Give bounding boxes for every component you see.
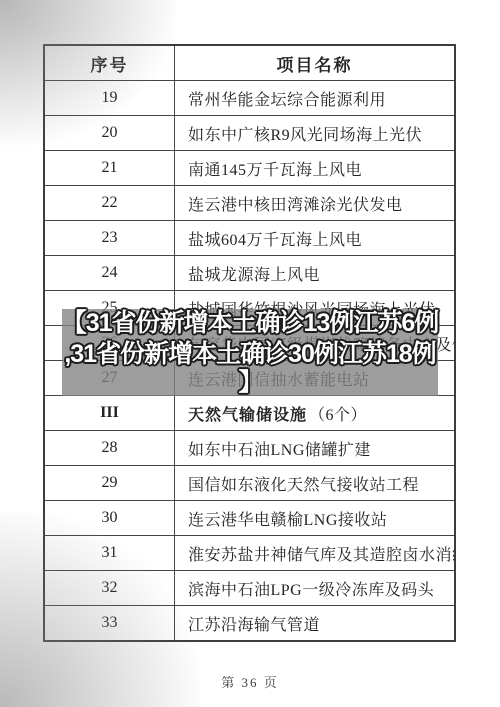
table-row: 28如东中石油LNG储罐扩建 xyxy=(45,430,454,465)
project-name-cell: 常州华能金坛综合能源利用 xyxy=(175,81,454,115)
overlay-line-2: ,31省份新增本土确诊30例江苏18例 xyxy=(0,339,500,370)
row-number-cell: 24 xyxy=(45,256,175,290)
table-row: 22连云港中核田湾滩涂光伏发电 xyxy=(45,185,454,220)
row-number-cell: III xyxy=(45,396,175,430)
project-name-cell: 如东中广核R9风光同场海上光伏 xyxy=(175,116,454,150)
row-number-cell: 21 xyxy=(45,151,175,185)
table-header-row: 序号 项目名称 xyxy=(45,46,454,80)
table-row: 20如东中广核R9风光同场海上光伏 xyxy=(45,115,454,150)
scanned-page: 序号 项目名称 19常州华能金坛综合能源利用20如东中广核R9风光同场海上光伏2… xyxy=(0,0,500,707)
project-name-cell: 盐城604万千瓦海上风电 xyxy=(175,221,454,255)
row-number-cell: 28 xyxy=(45,431,175,465)
overlay-line-3: 】 xyxy=(0,370,500,395)
row-number-cell: 23 xyxy=(45,221,175,255)
row-number-cell: 19 xyxy=(45,81,175,115)
project-name-cell: 天然气输储设施（6个） xyxy=(175,396,454,430)
project-name-cell: 连云港中核田湾滩涂光伏发电 xyxy=(175,186,454,220)
row-number-cell: 29 xyxy=(45,466,175,500)
row-number-cell: 30 xyxy=(45,501,175,535)
project-name-cell: 江苏沿海输气管道 xyxy=(175,606,454,640)
table-row: 21南通145万千瓦海上风电 xyxy=(45,150,454,185)
table-row: 23盐城604万千瓦海上风电 xyxy=(45,220,454,255)
project-name-cell: 淮安苏盐井神储气库及其造腔卤水消纳工程 xyxy=(175,536,454,570)
project-name-cell: 南通145万千瓦海上风电 xyxy=(175,151,454,185)
project-name-cell: 盐城龙源海上风电 xyxy=(175,256,454,290)
row-number-cell: 32 xyxy=(45,571,175,605)
table-row: III天然气输储设施（6个） xyxy=(45,395,454,430)
overlay-line-1: 【31省份新增本土确诊13例江苏6例 xyxy=(0,308,500,339)
table-row: 19常州华能金坛综合能源利用 xyxy=(45,80,454,115)
news-overlay-text: 【31省份新增本土确诊13例江苏6例 ,31省份新增本土确诊30例江苏18例 】 xyxy=(0,308,500,395)
row-number-cell: 33 xyxy=(45,606,175,640)
table-row: 30连云港华电赣榆LNG接收站 xyxy=(45,500,454,535)
table-row: 32滨海中石油LPG一级冷冻库及码头 xyxy=(45,570,454,605)
table-row: 29国信如东液化天然气接收站工程 xyxy=(45,465,454,500)
column-header-no: 序号 xyxy=(45,46,175,80)
page-number: 第 36 页 xyxy=(0,672,500,691)
project-name-cell: 国信如东液化天然气接收站工程 xyxy=(175,466,454,500)
row-number-cell: 20 xyxy=(45,116,175,150)
project-name-cell: 如东中石油LNG储罐扩建 xyxy=(175,431,454,465)
row-number-cell: 22 xyxy=(45,186,175,220)
column-header-name: 项目名称 xyxy=(175,46,454,80)
table-row: 24盐城龙源海上风电 xyxy=(45,255,454,290)
table-row: 31淮安苏盐井神储气库及其造腔卤水消纳工程 xyxy=(45,535,454,570)
project-name-cell: 滨海中石油LPG一级冷冻库及码头 xyxy=(175,571,454,605)
row-number-cell: 31 xyxy=(45,536,175,570)
table-row: 33江苏沿海输气管道 xyxy=(45,605,454,640)
project-name-cell: 连云港华电赣榆LNG接收站 xyxy=(175,501,454,535)
